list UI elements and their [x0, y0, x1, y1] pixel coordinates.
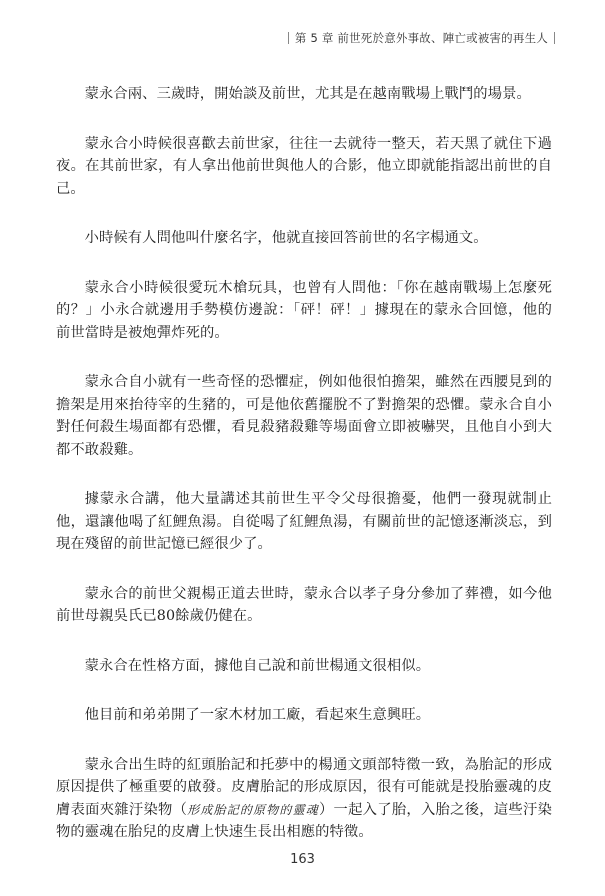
paragraph: 蒙永合小時候很愛玩木槍玩具，也曾有人問他：「你在越南戰場上怎麼死的？」小永合就邊…: [56, 277, 552, 345]
inline-note: 形成胎記的原物的靈魂: [187, 803, 319, 817]
paragraph: 蒙永合小時候很喜歡去前世家，往往一去就待一整天，若天黑了就住下過夜。在其前世家，…: [56, 133, 552, 201]
paragraph: 蒙永合在性格方面，據他自己說和前世楊通文很相似。: [56, 655, 552, 678]
header-divider-left: [288, 32, 289, 44]
paragraph: 他目前和弟弟開了一家木材加工廠，看起來生意興旺。: [56, 704, 552, 727]
running-header: 第 5 章 前世死於意外事故、陣亡或被害的再生人: [282, 30, 561, 46]
paragraph: 蒙永合自小就有一些奇怪的恐懼症，例如他很怕擔架，雖然在西腰見到的擔架是用來抬待宰…: [56, 371, 552, 461]
paragraph: 蒙永合出生時的紅頭胎記和托夢中的楊通文頭部特徵一致，為胎記的形成原因提供了極重要…: [56, 754, 552, 844]
page-number: 163: [0, 852, 605, 867]
header-divider-right: [554, 32, 555, 44]
paragraph: 據蒙永合講，他大量講述其前世生平令父母很擔憂，他們一發現就制止他，還讓他喝了紅鯉…: [56, 488, 552, 556]
paragraph: 蒙永合兩、三歲時，開始談及前世，尤其是在越南戰場上戰鬥的場景。: [56, 83, 552, 106]
chapter-title: 第 5 章 前世死於意外事故、陣亡或被害的再生人: [295, 30, 548, 46]
paragraph: 蒙永合的前世父親楊正道去世時，蒙永合以孝子身分參加了葬禮，如今他前世母親吳氏已8…: [56, 583, 552, 628]
paragraph: 小時候有人問他叫什麼名字，他就直接回答前世的名字楊通文。: [56, 227, 552, 250]
body-text: 蒙永合兩、三歲時，開始談及前世，尤其是在越南戰場上戰鬥的場景。 蒙永合小時候很喜…: [56, 83, 552, 871]
